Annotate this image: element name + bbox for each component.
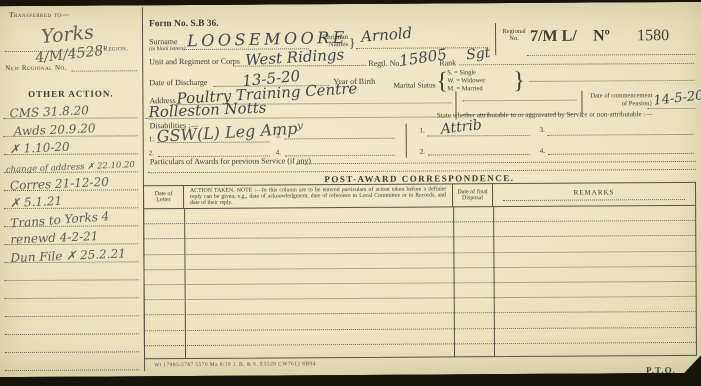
- regional-prefix: 7/M L/: [530, 28, 577, 46]
- marital-brace-close: }: [513, 68, 525, 95]
- paper-sheet: Transferred to— Yorks Region. 4/M/4528 N…: [0, 2, 701, 377]
- regional-box-bar: [495, 23, 496, 55]
- surname-note: (in block letters): [149, 46, 185, 52]
- disability-line-1: [158, 141, 270, 143]
- previous-awards-dotted-line: [296, 161, 696, 164]
- marital-dotted-line: [529, 80, 694, 82]
- form-number: Form No. S.B 36.: [149, 19, 219, 29]
- other-action-row-empty: [4, 262, 138, 281]
- sheet-content: Transferred to— Yorks Region. 4/M/4528 N…: [0, 0, 701, 386]
- other-action-title: OTHER ACTION.: [0, 88, 142, 99]
- attrib-line-2: [428, 154, 530, 156]
- other-action-entry: ✗ 5.1.21: [10, 194, 63, 210]
- disability-num-2: 2.: [149, 149, 154, 157]
- new-regional-label: New Regional No.: [5, 64, 67, 72]
- other-action-row-empty: [5, 280, 139, 299]
- marital-brace-open: {: [436, 68, 448, 95]
- regtl-no-label: Regtl. No.: [368, 59, 401, 68]
- attrib-num-3: 3.: [540, 126, 545, 134]
- other-action-row: ✗ 1.10-20: [4, 136, 138, 155]
- other-action-row: Awds 20.9.20: [4, 118, 138, 137]
- marital-options: S. = SingleW. = WidowerM. = Married: [447, 69, 517, 93]
- attrib-line-3: [548, 134, 694, 136]
- pto-label: P.T.O.: [646, 365, 676, 375]
- christian-brace: }: [349, 35, 355, 51]
- other-action-row: ✗ 5.1.21: [4, 190, 138, 209]
- surname-label: Surname: [149, 37, 177, 46]
- attrib-num-1: 1.: [420, 127, 425, 135]
- other-action-row-empty: [5, 352, 139, 371]
- other-action-row: Corres 21-12-20: [4, 172, 138, 191]
- attributable-header: State whether attributable to or aggrava…: [394, 110, 696, 120]
- col-header-final-disposal: Date of final Disposal: [453, 184, 493, 206]
- disability-num-1: 1.: [149, 135, 154, 143]
- disability-num-4: 4.: [276, 148, 281, 156]
- unit-label: Unit and Regiment or Corps: [149, 57, 240, 67]
- other-action-row-empty: [5, 334, 139, 353]
- col-header-date-of-letter: Date of Letter: [144, 186, 184, 208]
- rank-value-handwritten: Sgt: [465, 45, 491, 64]
- col-header-remarks: REMARKS: [493, 183, 695, 206]
- scanned-record-card: Transferred to— Yorks Region. 4/M/4528 N…: [0, 0, 701, 386]
- other-action-row: renewd 4-2-21: [4, 226, 138, 245]
- regional-no-sign: Nº: [593, 27, 610, 45]
- rank-label: Rank: [439, 58, 456, 67]
- marital-status-label: Marital Status: [393, 80, 435, 89]
- regional-underline: [527, 54, 695, 56]
- other-action-row-empty: [5, 316, 139, 335]
- new-regional-dotted-line: [71, 70, 137, 71]
- other-action-entry: ✗ 1.10-20: [9, 140, 69, 156]
- other-action-row: Dun File ✗ 25.2.21: [4, 244, 138, 263]
- attrib-line-4: [548, 153, 694, 155]
- christian-value-handwritten: Arnold: [360, 24, 412, 46]
- other-action-row-empty: [5, 298, 139, 317]
- regional-number: 1580: [637, 27, 669, 45]
- col-header-action-taken: ACTION TAKEN. NOTE :—In this column are …: [184, 184, 453, 208]
- other-action-row: CMS 31.8.20: [3, 100, 137, 119]
- post-award-table: Date of Letter ACTION TAKEN. NOTE :—In t…: [143, 182, 697, 359]
- attrib-num-4: 4.: [540, 147, 545, 155]
- disability-num-3: 3.: [276, 131, 281, 139]
- table-header-row: Date of Letter ACTION TAKEN. NOTE :—In t…: [144, 183, 695, 209]
- regional-no-label: RegionalNo.: [501, 28, 527, 42]
- other-action-list: CMS 31.8.20 Awds 20.9.20 ✗ 1.10-20 chang…: [3, 100, 139, 371]
- rank-dotted-line: [459, 63, 694, 65]
- transferred-to-label: Transferred to—: [9, 10, 70, 19]
- pension-value-handwritten: 14-5-20: [653, 88, 701, 108]
- address-right-dotted1: [462, 100, 576, 102]
- print-code: Wt 17985/2787 5570 Ma 8/19 J. B. & S. E5…: [154, 361, 316, 368]
- disability-line-3: [285, 138, 395, 140]
- other-action-row: change of address ✗ 22.10.20: [4, 154, 138, 173]
- disability-divider-bar: [406, 124, 407, 158]
- attrib-num-2: 2.: [420, 148, 425, 156]
- discharge-label: Date of Discharge: [149, 78, 207, 87]
- table-body: [144, 206, 696, 359]
- other-action-row: Trans to Yorks 4: [4, 208, 138, 227]
- region-label: Region.: [103, 44, 129, 52]
- previous-awards-label: Particulars of Awards for previous Servi…: [150, 156, 311, 166]
- table-empty-row: [145, 343, 696, 362]
- pension-label: Date of commencementof Pension}: [586, 92, 652, 107]
